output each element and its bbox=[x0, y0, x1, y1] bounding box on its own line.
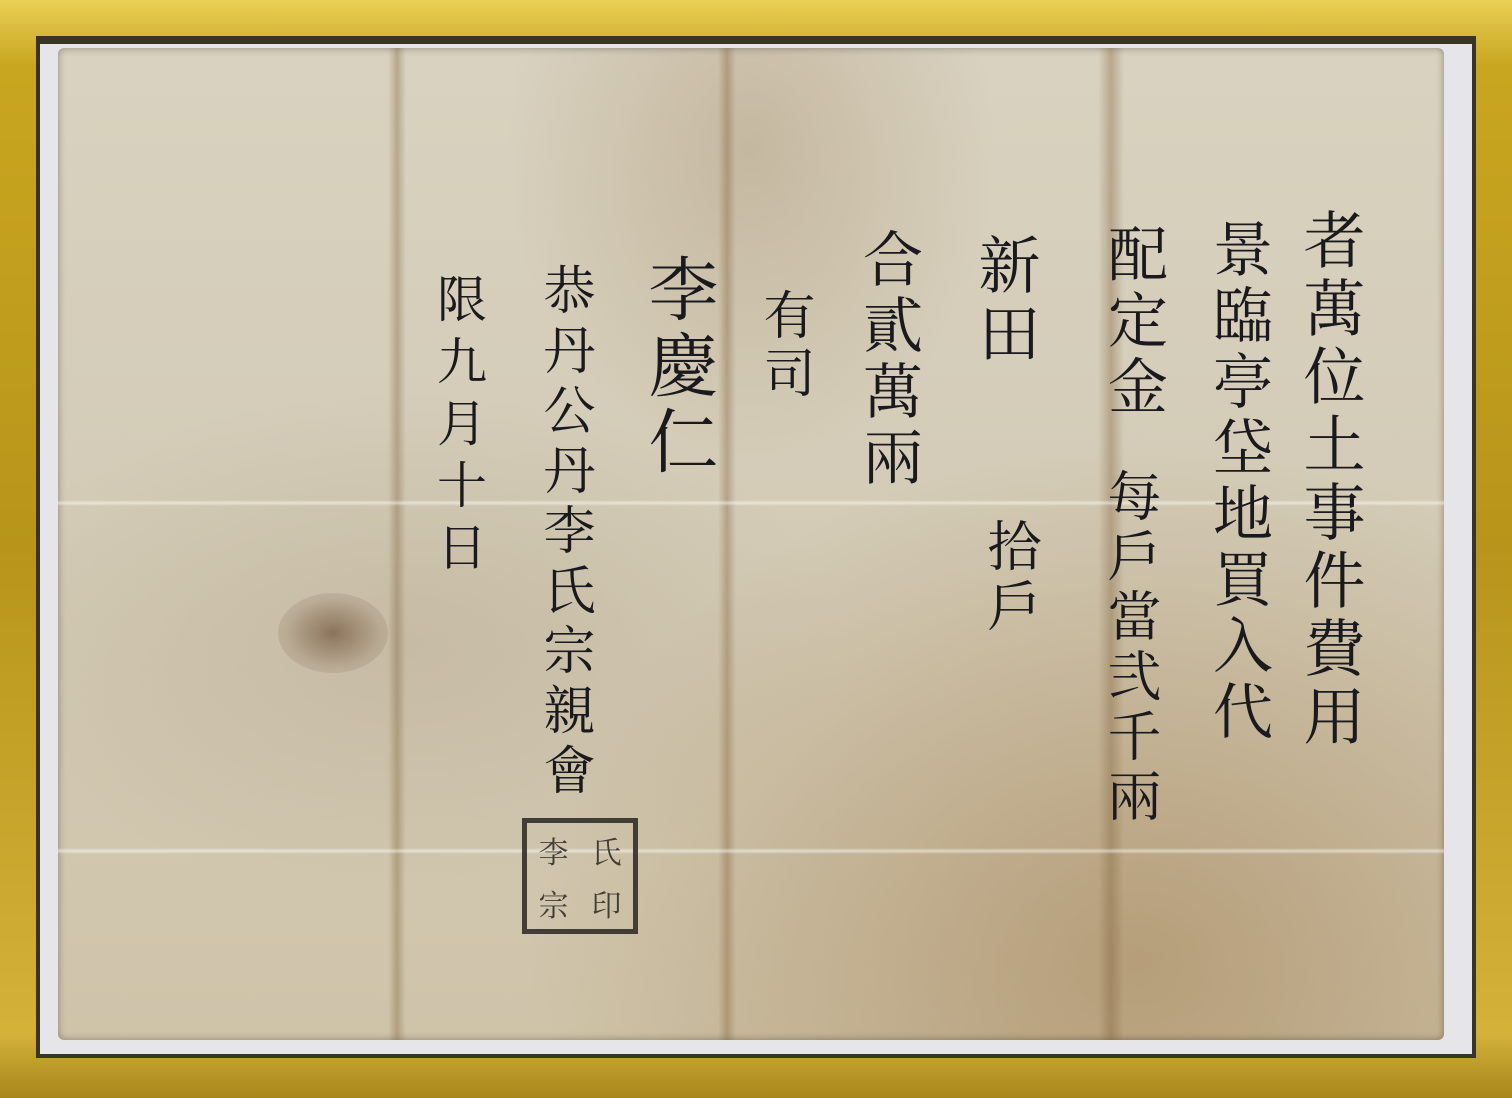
text-column-3-top: 配定金 bbox=[1103, 223, 1163, 421]
text-column-8: 恭丹公丹李氏宗親會 bbox=[538, 263, 590, 803]
ink-stain bbox=[278, 593, 388, 673]
fold-line bbox=[388, 48, 406, 1040]
seal-char: 宗 bbox=[527, 881, 580, 925]
horizontal-crease bbox=[58, 848, 1444, 854]
text-column-2: 景臨亭垈地買入代 bbox=[1208, 218, 1268, 746]
text-column-4-bottom: 拾戶 bbox=[983, 518, 1037, 638]
text-column-6: 有司 bbox=[758, 288, 810, 404]
text-column-4-top: 新田 bbox=[973, 233, 1035, 369]
aged-paper-document: 者萬位土事件費用 景臨亭垈地買入代 配定金 每戶當弐千兩 新田 拾戶 合貳萬兩 … bbox=[58, 48, 1444, 1040]
text-column-3-bottom: 每戶當弐千兩 bbox=[1103, 468, 1157, 828]
text-column-1: 者萬位土事件費用 bbox=[1298, 208, 1360, 752]
seal-char: 印 bbox=[580, 881, 633, 925]
text-column-5: 合貳萬兩 bbox=[858, 228, 918, 492]
fold-line bbox=[718, 48, 736, 1040]
seal-char: 氏 bbox=[580, 828, 633, 872]
text-column-7: 李慶仁 bbox=[643, 253, 713, 481]
seal-char: 李 bbox=[527, 828, 580, 872]
red-seal-stamp: 李 氏 宗 印 bbox=[522, 818, 638, 934]
text-column-9: 限九月十日 bbox=[433, 273, 483, 583]
